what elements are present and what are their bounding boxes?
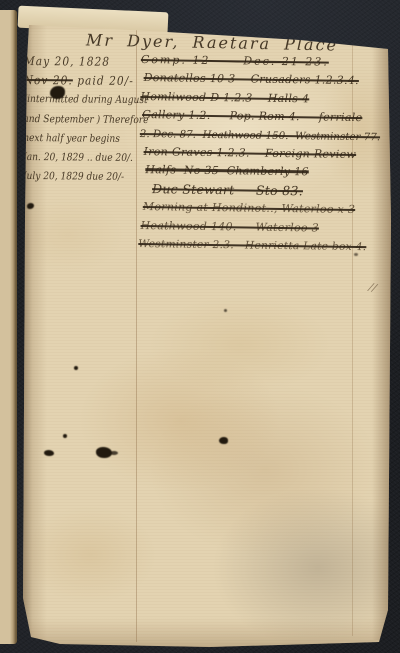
note-line: next half year begins [23, 129, 134, 149]
note-line: (intermitted during August [23, 90, 134, 110]
facing-page-edge [0, 10, 17, 644]
date-line: May 20, 1828 [24, 52, 135, 72]
payment-line: Nov 20. paid 20/- [24, 71, 135, 91]
ink-blot [44, 450, 54, 456]
ledger-entries: Comp. 12 Dec. 21 23. Donatellos 10 3 Cru… [138, 51, 381, 257]
ink-speck [354, 253, 358, 256]
struck-date: Nov 20. [24, 73, 73, 87]
paid-note: paid 20/- [73, 74, 134, 89]
ink-blot [219, 437, 228, 444]
ink-speck [74, 366, 78, 370]
ink-speck [63, 434, 67, 438]
ledger-entry: Westminster 2.3. Henrietta Late box 4. [138, 235, 378, 257]
date-column: May 20, 1828 Nov 20. paid 20/- (intermit… [23, 52, 135, 187]
manuscript-page: 199 Mr Dyer, Raetara Place May 20, 1828 … [0, 0, 400, 653]
ink-blot [110, 451, 118, 455]
due-line: Jan. 20, 1829 .. due 20/. [23, 148, 134, 168]
page-number: 199 [357, 31, 383, 47]
page-title: Mr Dyer, Raetara Place [86, 30, 338, 54]
note-line: and September ) Therefore [23, 110, 134, 130]
due-line: July 20, 1829 due 20/- [23, 167, 134, 187]
ink-speck [224, 309, 227, 312]
photograph-background: 199 Mr Dyer, Raetara Place May 20, 1828 … [0, 0, 400, 653]
ink-blot [50, 86, 65, 99]
